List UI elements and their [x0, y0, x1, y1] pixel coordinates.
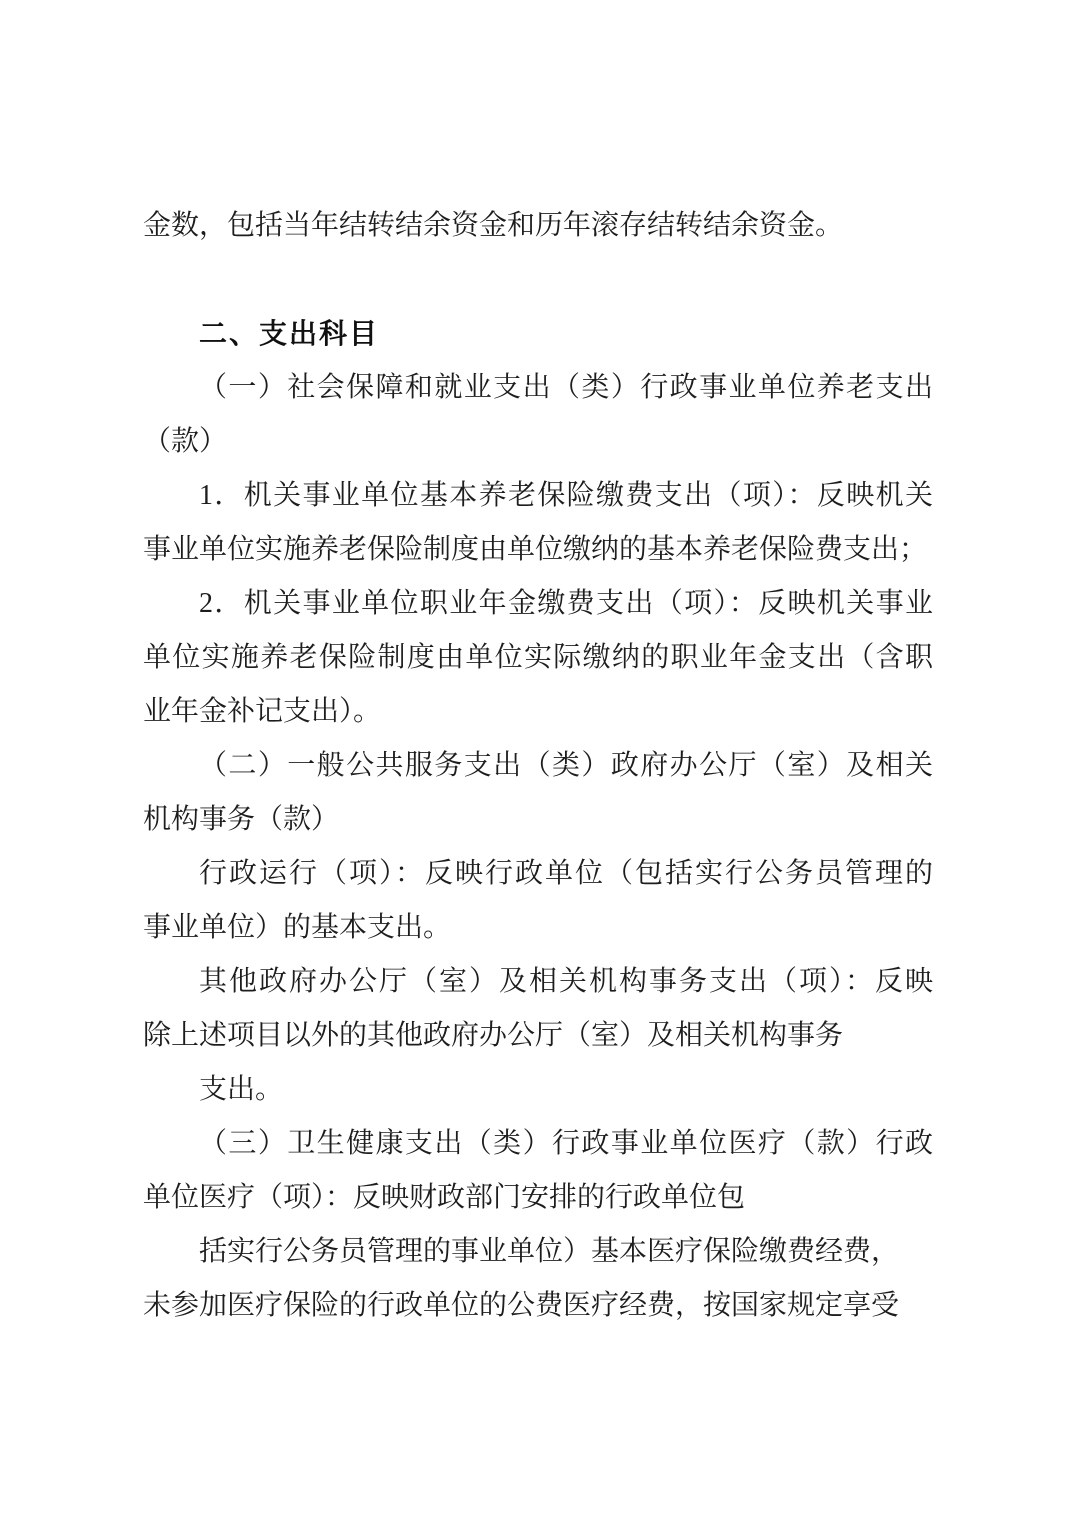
- text-line: （款）: [143, 415, 933, 469]
- text-line: 括实行公务员管理的事业单位）基本医疗保险缴费经费，: [143, 1225, 933, 1279]
- text-line: 单位医疗（项）：反映财政部门安排的行政单位包: [143, 1171, 933, 1225]
- text-line: 1．机关事业单位基本养老保险缴费支出（项）：反映机关: [143, 469, 933, 523]
- text-line: 支出。: [143, 1063, 933, 1117]
- text-line: （三）卫生健康支出（类）行政事业单位医疗（款）行政: [143, 1117, 933, 1171]
- text-line: （二）一般公共服务支出（类）政府办公厅（室）及相关: [143, 739, 933, 793]
- text-line: 业年金补记支出）。: [143, 685, 933, 739]
- text-line: 其他政府办公厅（室）及相关机构事务支出（项）：反映: [143, 955, 933, 1009]
- text-line: 单位实施养老保险制度由单位实际缴纳的职业年金支出（含职: [143, 631, 933, 685]
- document-page: 金数，包括当年结转结余资金和历年滚存结转结余资金。二、支出科目（一）社会保障和就…: [0, 0, 1074, 1520]
- text-line: 事业单位）的基本支出。: [143, 901, 933, 955]
- text-line: 行政运行（项）：反映行政单位（包括实行公务员管理的: [143, 847, 933, 901]
- text-line: （一）社会保障和就业支出（类）行政事业单位养老支出: [143, 361, 933, 415]
- section-heading: 二、支出科目: [143, 307, 933, 361]
- text-line: 机构事务（款）: [143, 793, 933, 847]
- text-line: 2．机关事业单位职业年金缴费支出（项）：反映机关事业: [143, 577, 933, 631]
- text-line: 未参加医疗保险的行政单位的公费医疗经费，按国家规定享受: [143, 1279, 933, 1333]
- text-line: 金数，包括当年结转结余资金和历年滚存结转结余资金。: [143, 199, 933, 253]
- text-line: 事业单位实施养老保险制度由单位缴纳的基本养老保险费支出；: [143, 523, 933, 577]
- blank-line: [143, 253, 933, 307]
- document-body: 金数，包括当年结转结余资金和历年滚存结转结余资金。二、支出科目（一）社会保障和就…: [143, 199, 933, 1333]
- text-line: 除上述项目以外的其他政府办公厅（室）及相关机构事务: [143, 1009, 933, 1063]
